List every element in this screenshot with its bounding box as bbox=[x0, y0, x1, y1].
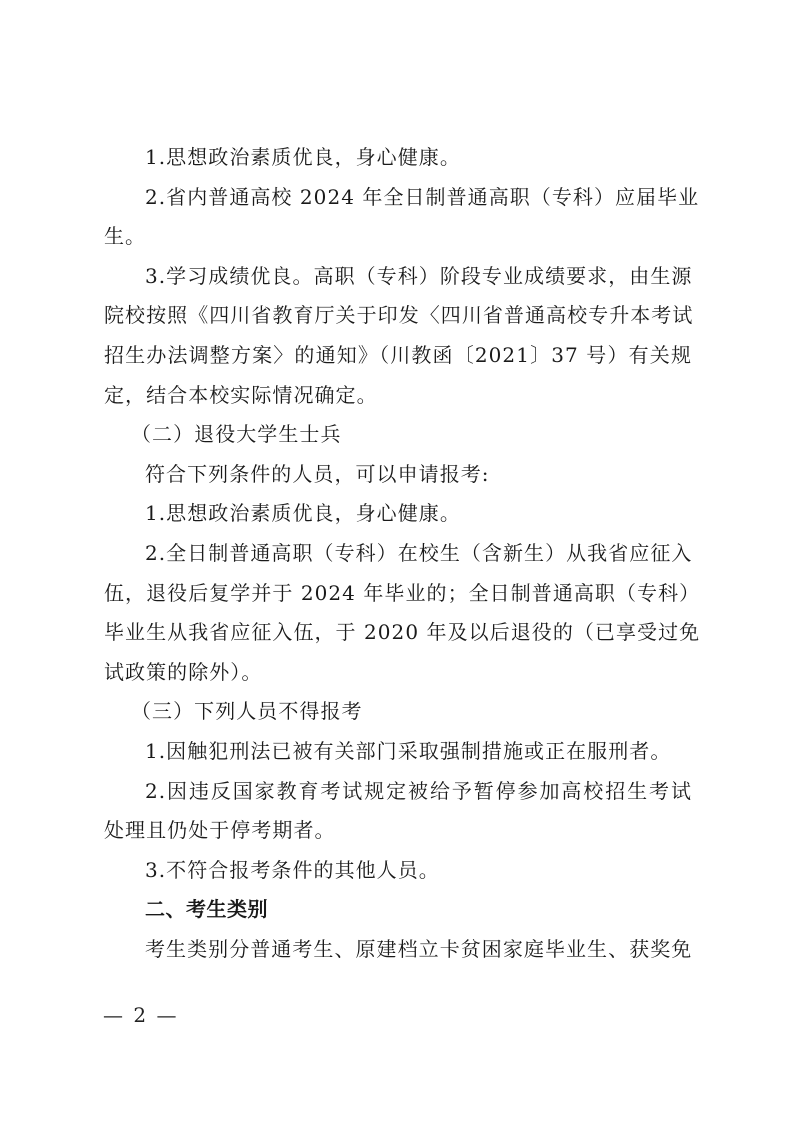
text-line: 符合下列条件的人员，可以申请报考: bbox=[104, 455, 692, 495]
text-line: 1.因触犯刑法已被有关部门采取强制措施或正在服刑者。 bbox=[104, 732, 692, 772]
text-line: 考生类别分普通考生、原建档立卡贫困家庭毕业生、获奖免 bbox=[104, 930, 692, 970]
text-line: 2.省内普通高校 2024 年全日制普通高职（专科）应届毕业 bbox=[104, 178, 692, 218]
text-line: 1.思想政治素质优良，身心健康。 bbox=[104, 138, 692, 178]
page-number: — 2 — bbox=[103, 1002, 178, 1028]
document-page: 1.思想政治素质优良，身心健康。 2.省内普通高校 2024 年全日制普通高职（… bbox=[0, 0, 794, 1122]
text-line: 2.因违反国家教育考试规定被给予暂停参加高校招生考试 bbox=[104, 772, 692, 812]
text-line: 2.全日制普通高职（专科）在校生（含新生）从我省应征入 bbox=[104, 534, 692, 574]
text-line: 院校按照《四川省教育厅关于印发〈四川省普通高校专升本考试 bbox=[104, 296, 692, 336]
subsection-heading: （三）下列人员不得报考 bbox=[104, 692, 692, 732]
subsection-heading: （二）退役大学生士兵 bbox=[104, 415, 692, 455]
text-line: 伍，退役后复学并于 2024 年毕业的；全日制普通高职（专科） bbox=[104, 574, 692, 614]
text-line: 生。 bbox=[104, 217, 692, 257]
text-line: 处理且仍处于停考期者。 bbox=[104, 811, 692, 851]
text-line: 招生办法调整方案〉的通知》（川教函〔2021〕37 号）有关规 bbox=[104, 336, 692, 376]
text-line: 1.思想政治素质优良，身心健康。 bbox=[104, 494, 692, 534]
text-line: 试政策的除外）。 bbox=[104, 653, 692, 693]
section-heading: 二、考生类别 bbox=[104, 890, 692, 930]
document-body: 1.思想政治素质优良，身心健康。 2.省内普通高校 2024 年全日制普通高职（… bbox=[104, 138, 692, 969]
text-line: 毕业生从我省应征入伍，于 2020 年及以后退役的（已享受过免 bbox=[104, 613, 692, 653]
text-line: 定，结合本校实际情况确定。 bbox=[104, 376, 692, 416]
text-line: 3.不符合报考条件的其他人员。 bbox=[104, 851, 692, 891]
text-line: 3.学习成绩优良。高职（专科）阶段专业成绩要求，由生源 bbox=[104, 257, 692, 297]
